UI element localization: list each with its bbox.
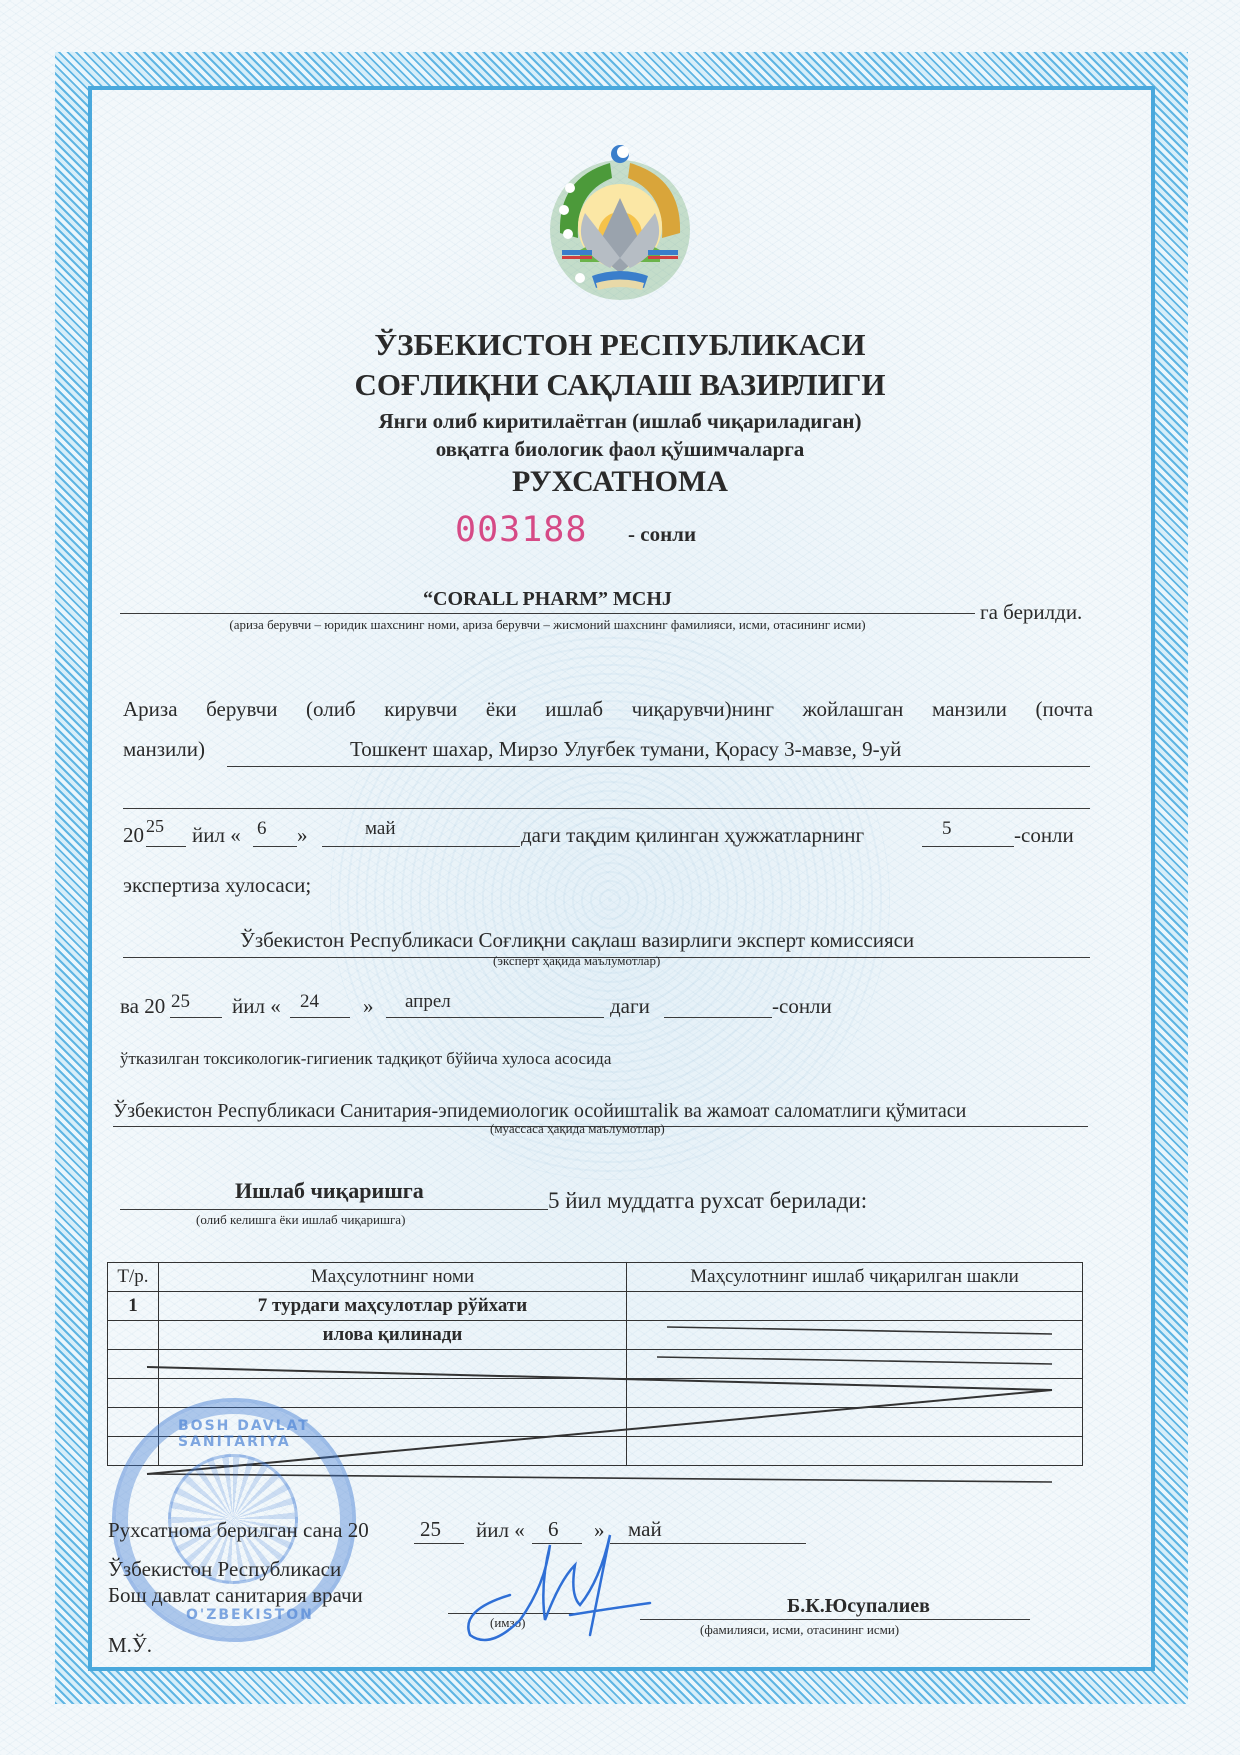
issued-year: 25	[420, 1517, 441, 1542]
expert-hint: (эксперт ҳақида маълумотлар)	[493, 953, 660, 969]
expertise-doc-number: 5	[942, 818, 952, 840]
tox-year-line	[170, 1017, 222, 1018]
state-emblem-icon	[540, 138, 700, 308]
document-title: РУХСАТНОМА	[0, 465, 1240, 499]
applicant-underline	[120, 613, 975, 614]
tox-month-line	[386, 1017, 604, 1018]
institution-hint: (муассаса ҳақида маълумотлар)	[490, 1121, 665, 1137]
expertise-year-word: йил «	[192, 823, 241, 848]
expertise-month: май	[365, 818, 396, 840]
applicant-hint: (ариза берувчи – юридик шахснинг номи, а…	[120, 617, 975, 633]
tox-line2: ўтказилган токсикологик-гигиеник тадқиқо…	[120, 1049, 611, 1069]
subtitle-line-2: овқатга биологик фаол қўшимчаларга	[0, 437, 1240, 462]
signer-underline	[640, 1619, 1030, 1620]
address-underline	[227, 766, 1090, 767]
expertise-number-line	[922, 846, 1014, 847]
tox-day: 24	[300, 991, 319, 1013]
ministry-title: СОҒЛИҚНИ САҚЛАШ ВАЗИРЛИГИ	[0, 367, 1240, 403]
address-label: Ариза берувчи (олиб кирувчи ёки ишлаб чи…	[123, 697, 1093, 722]
permission-term: 5 йил муддатга рухсат берилади:	[548, 1188, 867, 1214]
address-value: Тошкент шахар, Мирзо Улуғбек тумани, Қор…	[350, 737, 901, 762]
tox-prefix: ва 20	[120, 994, 165, 1019]
tox-year-word: йил «	[232, 994, 281, 1019]
serial-suffix: - сонли	[628, 522, 696, 547]
stamp-text-bottom: O'ZBEKISTON	[186, 1607, 314, 1623]
stamp-text-top: BOSH DAVLAT SANITARIYA	[178, 1418, 352, 1450]
expertise-day: 6	[257, 818, 267, 840]
expert-body: Ўзбекистон Республикаси Соғлиқни сақлаш …	[240, 928, 914, 953]
permission-purpose: Ишлаб чиқаришга	[235, 1178, 424, 1204]
seal-place: М.Ў.	[108, 1633, 152, 1658]
expertise-line2: экспертиза хулосаси;	[123, 873, 311, 898]
subtitle-line-1: Янги олиб киритилаётган (ишлаб чиқарилад…	[0, 409, 1240, 434]
expertise-day-close: »	[297, 823, 308, 848]
expertise-number-suffix: -сонли	[1014, 823, 1074, 848]
expertise-month-line	[322, 846, 520, 847]
tox-number-suffix: -сонли	[772, 994, 832, 1019]
expertise-year-prefix: 20	[123, 823, 144, 848]
tox-dagi: даги	[610, 994, 650, 1019]
signer-name: Б.К.Юсупалиев	[787, 1595, 930, 1618]
expertise-day-line	[253, 846, 297, 847]
tox-number-line	[664, 1017, 772, 1018]
republic-title: ЎЗБЕКИСТОН РЕСПУБЛИКАСИ	[0, 327, 1240, 363]
applicant-suffix: га берилди.	[980, 600, 1082, 625]
permission-underline	[120, 1209, 548, 1210]
applicant-name: “CORALL PHARM” MCHJ	[120, 588, 975, 611]
permission-hint: (олиб келишга ёки ишлаб чиқаришга)	[196, 1212, 405, 1228]
official-title-2: Бош давлат санитария врачи	[108, 1583, 363, 1608]
expertise-text: даги тақдим қилинган ҳужжатларнинг	[521, 823, 864, 848]
address-label-2: манзили)	[123, 737, 205, 762]
issued-label: Рухсатнома берилган сана 20	[108, 1518, 369, 1543]
tox-year: 25	[171, 991, 190, 1013]
signature-icon	[450, 1525, 660, 1650]
official-title-1: Ўзбекистон Республикаси	[108, 1557, 341, 1582]
expertise-year: 25	[146, 816, 164, 837]
tox-month: апрел	[405, 991, 451, 1013]
address-underline-2	[123, 808, 1090, 809]
tox-day-line	[290, 1017, 350, 1018]
serial-number: 003188	[455, 510, 587, 550]
institution-name: Ўзбекистон Республикаси Санитария-эпидем…	[113, 1100, 966, 1123]
tox-day-close: »	[363, 994, 374, 1019]
expertise-year-line	[146, 846, 186, 847]
signer-hint: (фамилияси, исми, отасининг исми)	[700, 1622, 899, 1638]
